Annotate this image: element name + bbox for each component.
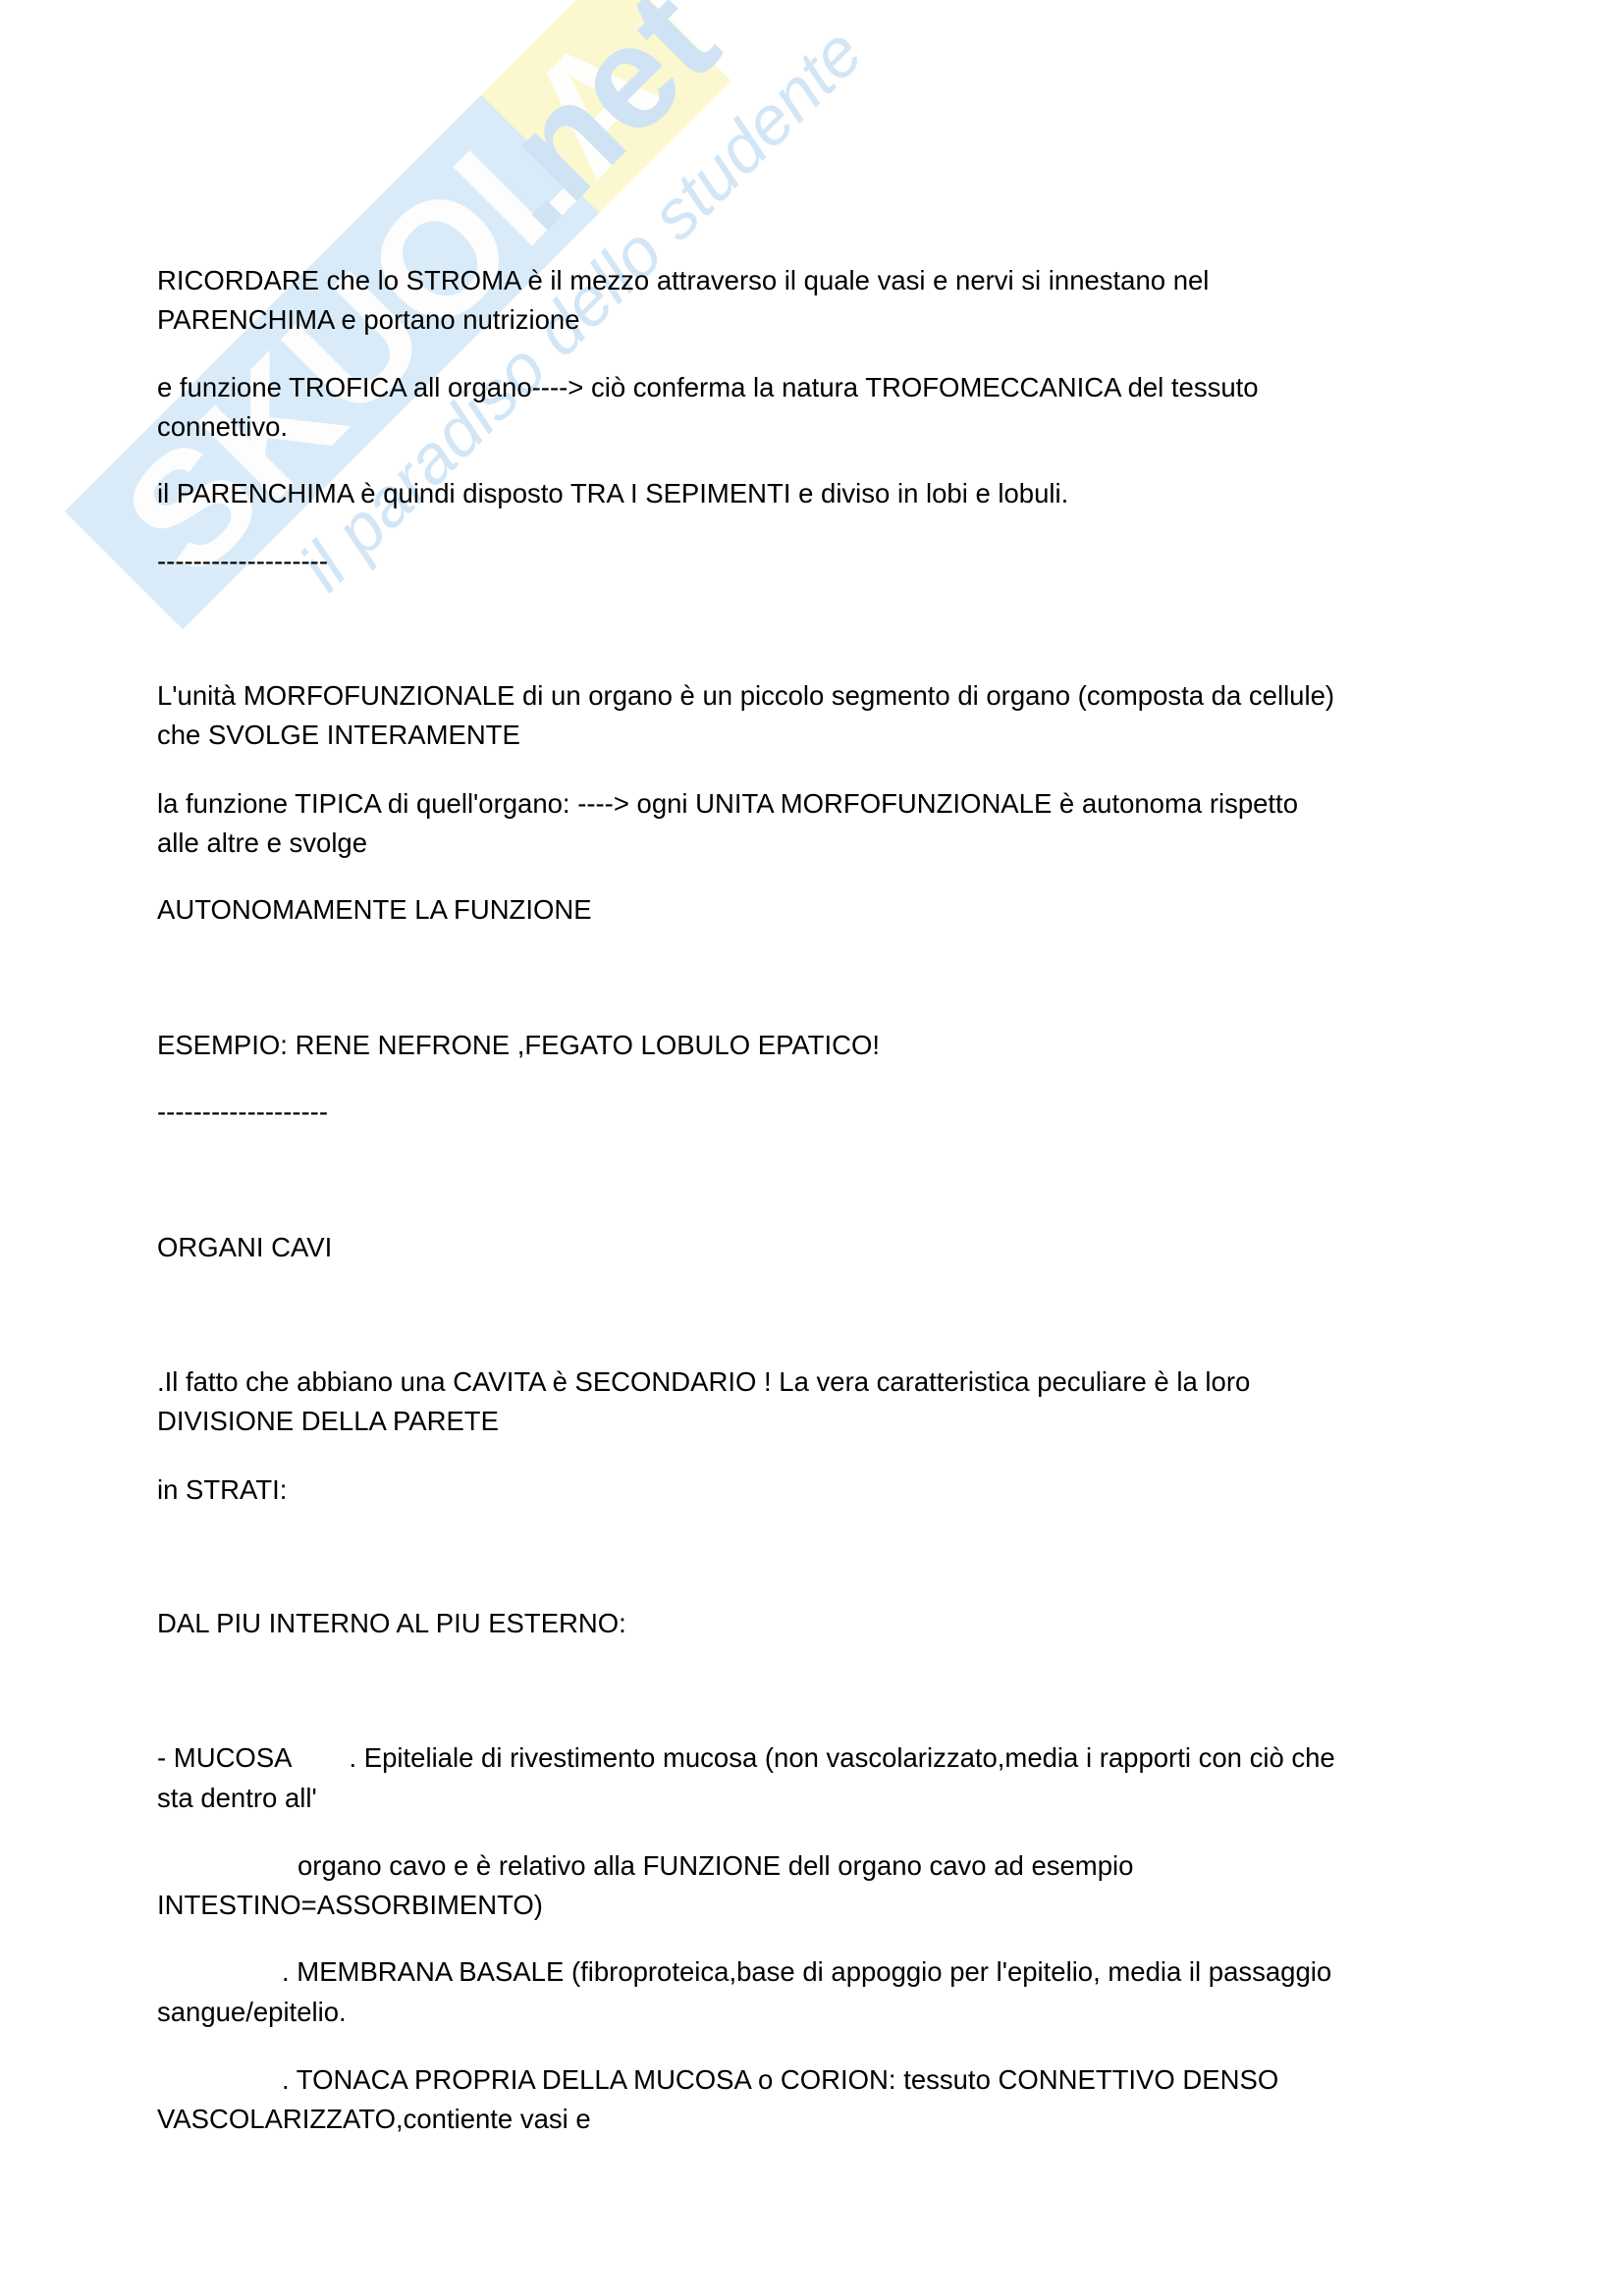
text-line: sangue/epitelio. (157, 1993, 1473, 2032)
layer-label: - MUCOSA (157, 1742, 293, 1773)
text-line: . TONACA PROPRIA DELLA MUCOSA o CORION: … (157, 2060, 1597, 2100)
text-line: che SVOLGE INTERAMENTE (157, 716, 1473, 755)
text-line: RICORDARE che lo STROMA è il mezzo attra… (157, 261, 1473, 300)
text-line: AUTONOMAMENTE LA FUNZIONE (157, 890, 1473, 930)
text-line: il PARENCHIMA è quindi disposto TRA I SE… (157, 474, 1473, 513)
dash-divider: ------------------- (157, 1093, 1473, 1132)
text-line: DAL PIU INTERNO AL PIU ESTERNO: (157, 1604, 1473, 1643)
text-line: in STRATI: (157, 1470, 1473, 1510)
text-line: la funzione TIPICA di quell'organo: ----… (157, 784, 1473, 824)
list-item-mucosa: - MUCOSA. Epiteliale di rivestimento muc… (157, 1738, 1473, 1778)
text-line: sta dentro all' (157, 1779, 1473, 1818)
dash-divider: ------------------- (157, 542, 1473, 581)
text-line: alle altre e svolge (157, 824, 1473, 863)
text-line: ESEMPIO: RENE NEFRONE ,FEGATO LOBULO EPA… (157, 1026, 1473, 1065)
layer-description: . Epiteliale di rivestimento mucosa (non… (350, 1742, 1335, 1773)
text-line: VASCOLARIZZATO,contiente vasi e (157, 2100, 1473, 2139)
text-line: .Il fatto che abbiano una CAVITA è SECON… (157, 1362, 1473, 1402)
text-line: PARENCHIMA e portano nutrizione (157, 300, 1473, 340)
svg-text:.net: .net (446, 0, 747, 259)
text-line: DIVISIONE DELLA PARETE (157, 1402, 1473, 1441)
text-line: INTESTINO=ASSORBIMENTO) (157, 1886, 1473, 1925)
text-line: L'unità MORFOFUNZIONALE di un organo è u… (157, 676, 1473, 716)
text-line: connettivo. (157, 407, 1473, 447)
text-line: e funzione TROFICA all organo----> ciò c… (157, 368, 1473, 407)
text-line: organo cavo e è relativo alla FUNZIONE d… (157, 1846, 1613, 1886)
document-page: SKUOLA .net il paradiso dello studente R… (0, 0, 1623, 2296)
text-line: . MEMBRANA BASALE (fibroproteica,base di… (157, 1952, 1597, 1992)
section-heading: ORGANI CAVI (157, 1228, 1473, 1267)
